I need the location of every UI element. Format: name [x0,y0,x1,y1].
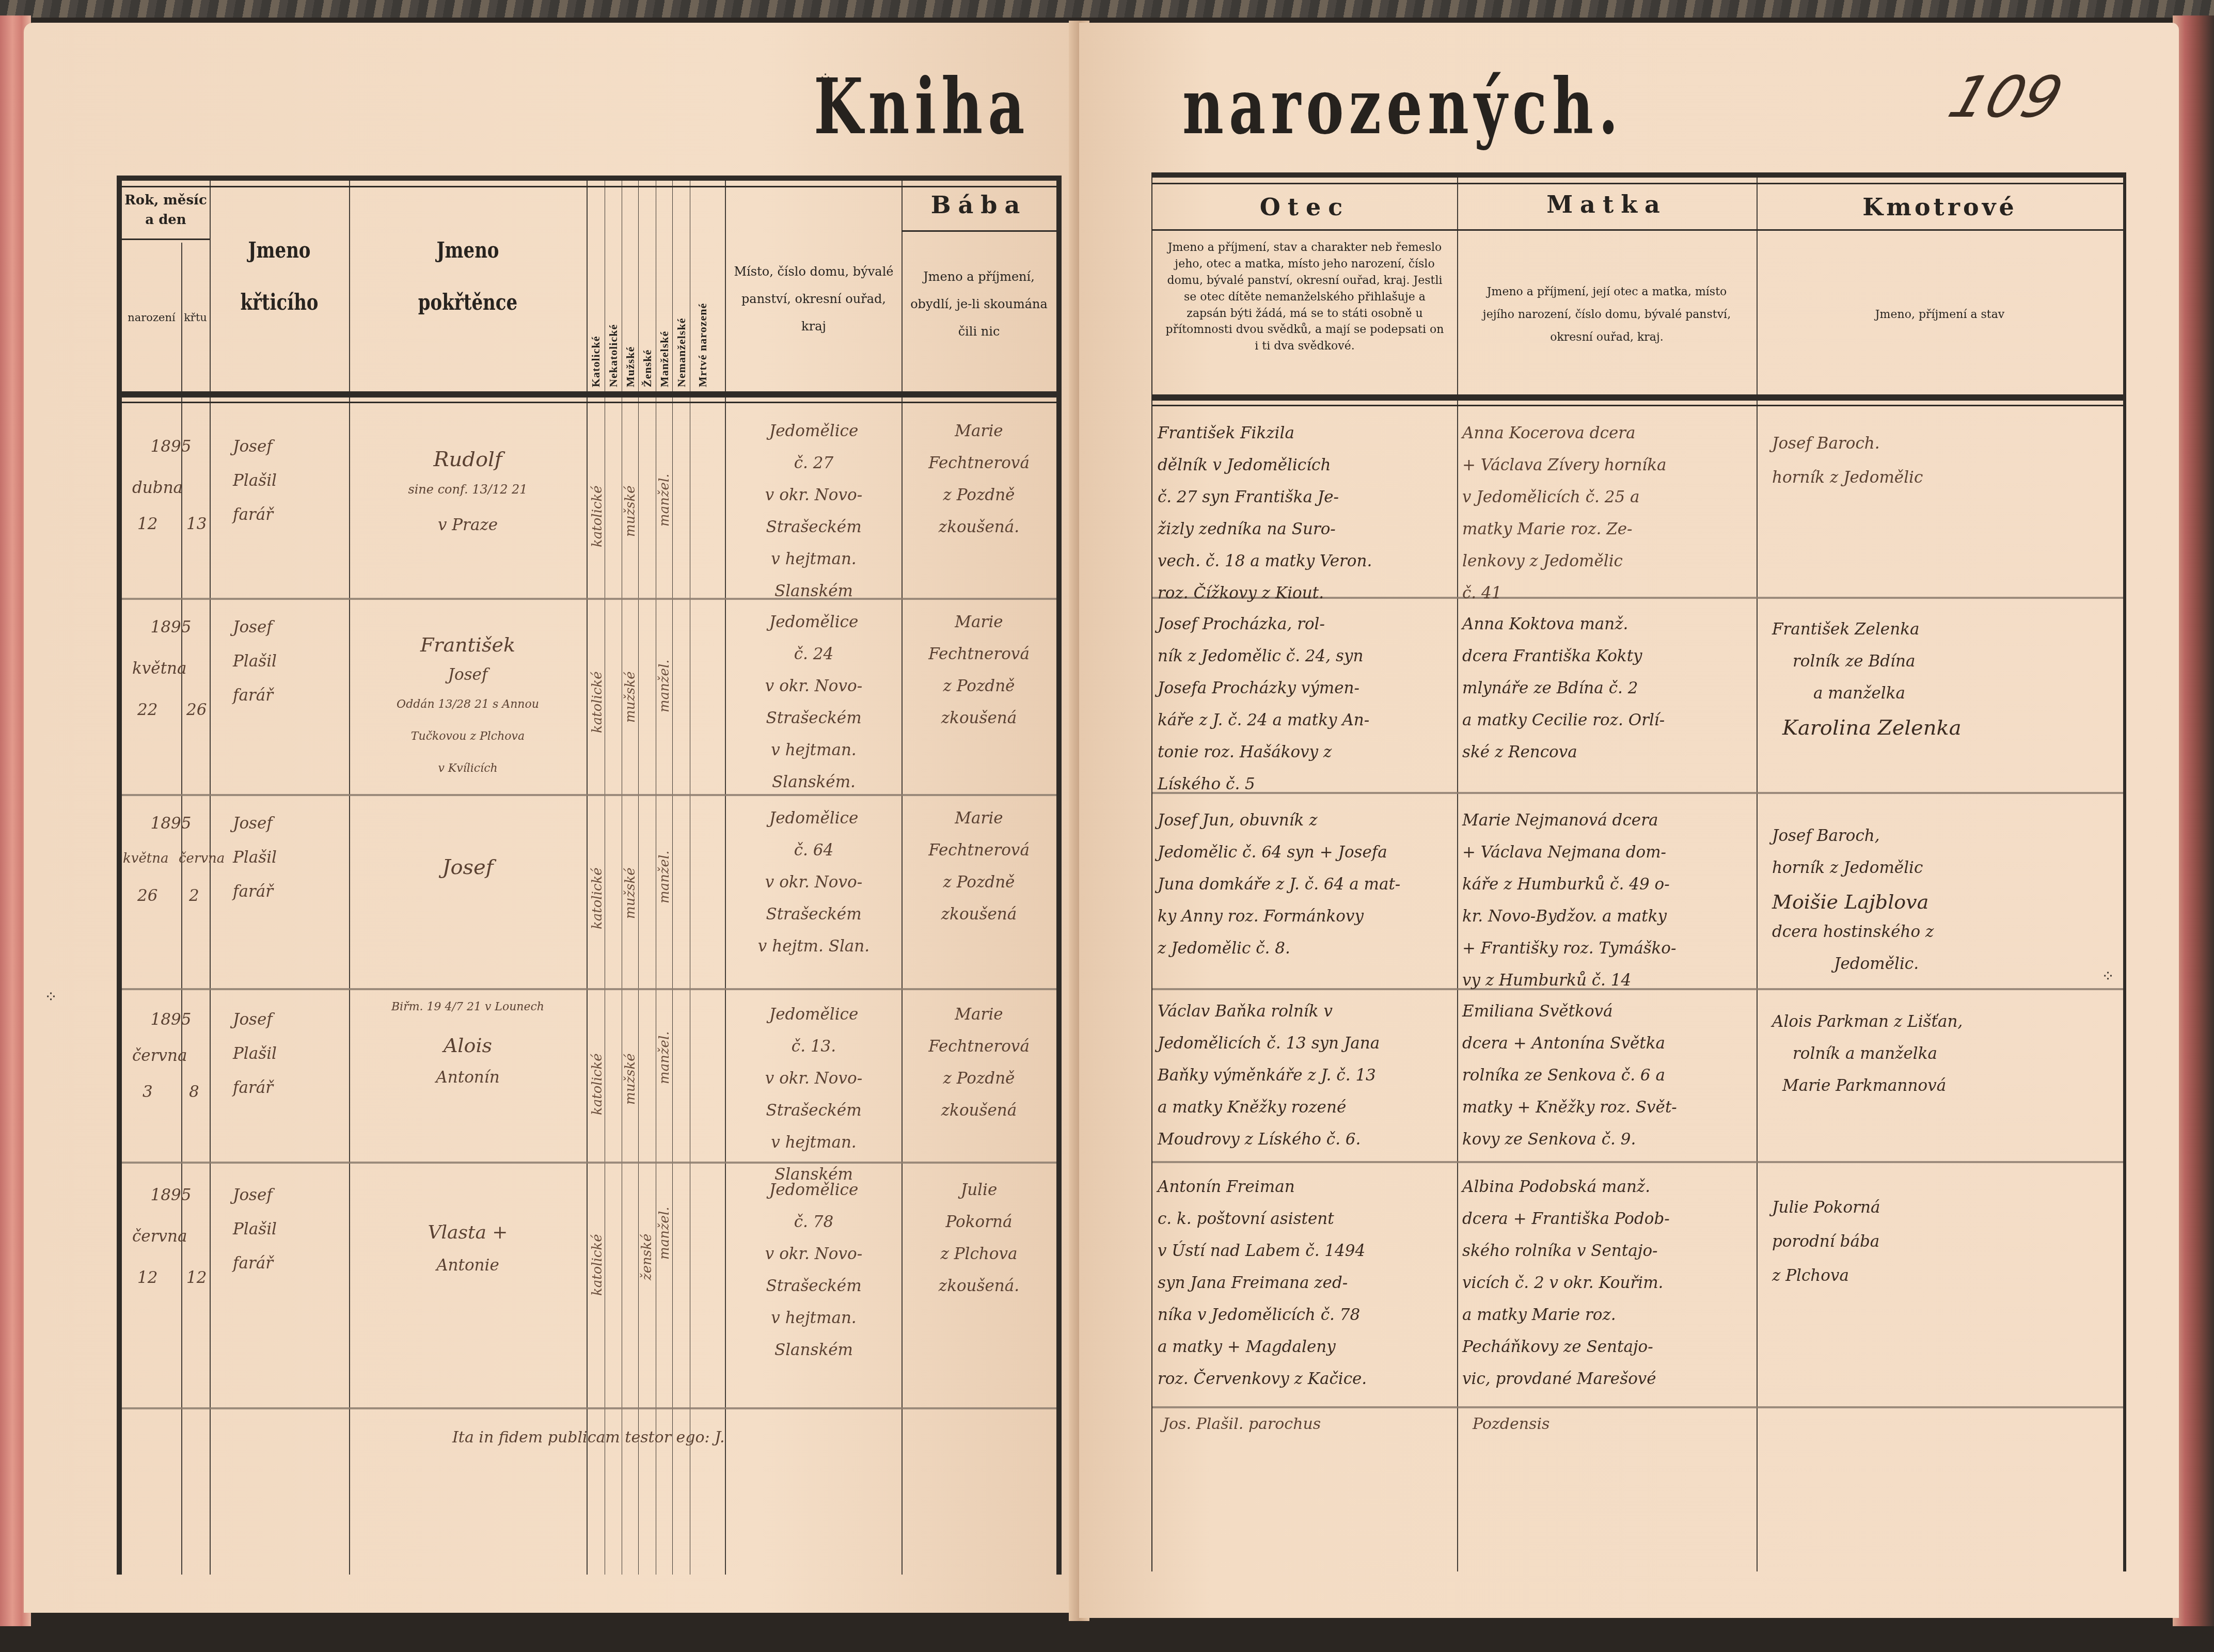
handwritten-line: Antonín Freiman [1158,1179,1367,1211]
header-rule [122,239,210,240]
entry-child-name: Vlasta +Antonie [354,1224,581,1292]
header-misto: Místo, číslo domu, bývalé panství, okres… [734,258,894,340]
handwritten-line: Jedomělicích č. 13 syn Jana [1158,1036,1380,1068]
entry-year: 1895 [132,816,210,832]
entry-child-name: Josef [354,857,581,878]
handwritten-line: Jmeno [349,234,587,267]
title-narozenych: narozených. [1182,61,1623,151]
handwritten-line: Karolina Zelenka [1772,718,1962,750]
entry-midwife: MarieFechtnerováz Pozdnězkoušená. [907,423,1051,551]
handwritten-line: Strašeckém [731,519,896,551]
entry-godparents: Alois Parkman z Lišťan,rolník a manželka… [1772,1014,1963,1110]
handwritten-line: horník z Jedomělic [1772,860,1934,892]
handwritten-line: zkoušená [907,1103,1051,1135]
handwritten-line: kr. Novo-Bydžov. a matky [1462,909,1676,941]
handwritten-line: Strašeckém [731,1278,896,1310]
header-bottom-rule [1152,394,2123,401]
handwritten-line: rolník a manželka [1772,1046,1963,1078]
entry-day-baptism: 12 [186,1270,207,1286]
header-baba-desc: Jmeno a příjmení, obydlí, je-li skoumána… [909,263,1049,345]
handwritten-line: Julie [907,1182,1051,1214]
entry-day-baptism: 13 [186,516,207,532]
entry-year: 1895 [132,1012,210,1028]
handwritten-line: č. 64 [731,843,896,875]
handwritten-line: v hejtman. [731,1135,896,1167]
header-jmeno-krticiho: Jmeno křticího [210,234,349,320]
handwritten-line: Strašeckém [731,907,896,939]
entry-mother: Albina Podobská manž.dcera + Františka P… [1462,1179,1670,1403]
handwritten-line: Marie [907,423,1051,455]
handwritten-line: Moišie Lajblova [1772,892,1934,924]
entry-separator [122,1407,1056,1409]
handwritten-line: Plašil [233,1221,277,1256]
entry-religion-mark: katolické [591,1027,604,1115]
handwritten-line: Strašeckém [731,1103,896,1135]
handwritten-line: farář [233,688,277,722]
closing-signature: Jos. Plašil. parochus [1163,1417,1321,1432]
header-muzske: Mužské [624,243,637,387]
entry-place: Jedoměliceč. 64v okr. Novo-Strašeckémv h… [731,811,896,971]
handwritten-line: níka v Jedomělicích č. 78 [1158,1307,1367,1339]
col-divider [1457,178,1458,1571]
handwritten-line: Moudrovy z Líského č. 6. [1158,1132,1380,1164]
entry-separator [1152,1406,2123,1408]
handwritten-line: ky Anny roz. Formánkovy [1158,909,1400,941]
handwritten-line: a matky Marie roz. [1462,1307,1670,1339]
entry-father: Josef Procházka, rol-ník z Jedomělic č. … [1158,616,1369,808]
page-edges-right [2173,15,2214,1626]
handwritten-line: zkoušená [907,907,1051,939]
entry-godparents: Josef Baroch.horník z Jedomělic [1772,436,1923,504]
entry-baptizer: JosefPlašilfarář [233,816,277,918]
handwritten-line: z Plchova [1772,1268,1880,1302]
handwritten-line: v Ústí nad Labem č. 1494 [1158,1243,1367,1275]
handwritten-line: z Jedomělic č. 8. [1158,941,1400,973]
col-divider [902,181,903,1575]
header-mrtve-narozene: Mrtvé narozené [696,243,709,387]
entry-separator [122,1162,1056,1164]
handwritten-line: a manželka [1772,686,1962,718]
handwritten-line: ské z Rencova [1462,744,1665,776]
handwritten-line: rolníka ze Senkova č. 6 a [1462,1068,1677,1100]
entry-baptizer: JosefPlašilfarář [233,619,277,722]
entry-separator [122,598,1056,600]
entry-child-name: FrantišekJosefOddán 13/28 21 s AnnouTučk… [354,635,581,795]
entry-sex-mark: mužské [624,1027,637,1105]
right-page: narozených. 109 ⁘ Otec Jmeno a příjmení,… [1079,23,2179,1618]
col-divider [672,181,673,1575]
handwritten-line: ského rolníka v Sentajo- [1462,1243,1670,1275]
header-rule [122,186,1056,187]
handwritten-line: Jedomělice [731,811,896,843]
entry-religion-mark: katolické [591,841,604,929]
entry-month-birth: dubna [132,480,183,496]
handwritten-line: z Pozdně [907,875,1051,907]
handwritten-line: Jedomělice [731,1007,896,1039]
entry-mother: Emiliana Světkovádcera + Antonína Světka… [1462,1004,1677,1164]
handwritten-line: Anna Koktova manž. [1462,616,1665,648]
entry-baptizer: JosefPlašilfarář [233,439,277,541]
handwritten-line: Pecháňkovy ze Sentajo- [1462,1339,1670,1371]
handwritten-line: Baňky výměnkáře z J. č. 13 [1158,1068,1380,1100]
entry-place: Jedoměliceč. 27v okr. Novo-Strašeckémv h… [731,423,896,615]
entry-midwife: MarieFechtnerováz Pozdnězkoušená [907,1007,1051,1135]
entry-midwife: JuliePokornáz Plchovazkoušená. [907,1182,1051,1310]
entry-father: Josef Jun, obuvník zJedomělic č. 64 syn … [1158,813,1400,973]
handwritten-line: + Františky roz. Tymáško- [1462,941,1676,973]
handwritten-line: zkoušená. [907,519,1051,551]
handwritten-line: vy z Humburků č. 14 [1462,973,1676,1005]
header-manzelske: Manželské [658,243,671,387]
header-rok-mesic-den: Rok, měsíc a den [122,191,210,230]
entry-separator [122,794,1056,796]
header-rule [902,230,1056,232]
entry-child-name: Biřm. 19 4/7 21 v LounechAloisAntonín [354,1002,581,1104]
entry-mother: Marie Nejmanová dcera+ Václava Nejmana d… [1462,813,1676,1005]
header-nekatolicke: Nekatolické [607,243,620,387]
handwritten-line: Fechtnerová [907,455,1051,487]
header-jmeno-pokrtence: Jmeno pokřtěnce [349,234,587,320]
handwritten-line: farář [233,1080,277,1114]
handwritten-line: Emiliana Světková [1462,1004,1677,1036]
entry-godparents: František Zelenkarolník ze Bdínaa manžel… [1772,622,1962,750]
entry-baptizer: JosefPlašilfarář [233,1187,277,1290]
handwritten-line: Biřm. 19 4/7 21 v Lounech [354,1002,581,1036]
handwritten-line: v okr. Novo- [731,487,896,519]
handwritten-line: farář [233,507,277,541]
entry-day-birth: 12 [137,1270,157,1286]
header-nemanzelske: Nemanželské [675,243,688,387]
handwritten-line: Fechtnerová [907,1039,1051,1071]
handwritten-line: Josefa Procházky výmen- [1158,680,1369,712]
handwritten-line: roz. Čížkovy z Kiout. [1158,585,1372,617]
handwritten-line: + Václava Nejmana dom- [1462,845,1676,877]
handwritten-line: Josef [233,619,277,654]
handwritten-line: horník z Jedomělic [1772,470,1923,504]
entry-place: Jedoměliceč. 78v okr. Novo-Strašeckémv h… [731,1182,896,1374]
handwritten-line: Jedomělic č. 64 syn + Josefa [1158,845,1400,877]
header-kmotrove-desc: Jmeno, příjmení a stav [1757,307,2123,323]
entry-father: Václav Baňka rolník vJedomělicích č. 13 … [1158,1004,1380,1164]
handwritten-line: č. 13. [731,1039,896,1071]
ink-specks: ⁘ [44,988,56,1006]
handwritten-line: zkoušená. [907,1278,1051,1310]
handwritten-line: v hejtman. [731,551,896,583]
handwritten-line: Slanském [731,1342,896,1374]
entry-mother: Anna Kocerova dcera+ Václava Zívery horn… [1462,425,1667,617]
handwritten-line: Josef Procházka, rol- [1158,616,1369,648]
entry-godparents: Julie Pokornáporodní bábaz Plchova [1772,1200,1880,1302]
header-rule [1152,229,2123,231]
handwritten-line: sine conf. 13/12 21 [354,483,581,517]
handwritten-line: pokřtěnce [349,287,587,320]
entry-day-birth: 26 [137,888,157,904]
entry-month-baptism: června [179,852,225,865]
col-divider [587,181,588,1575]
handwritten-line: Juna domkáře z J. č. 64 a mat- [1158,877,1400,909]
book-binding-top [0,0,2214,18]
handwritten-line: v okr. Novo- [731,1071,896,1103]
handwritten-line: syn Jana Freimana zed- [1158,1275,1367,1307]
handwritten-line: Slanském. [731,774,896,806]
handwritten-line: matky + Kněžky roz. Svět- [1462,1100,1677,1132]
handwritten-line: č. 41 [1462,585,1667,617]
handwritten-line: Alois [354,1036,581,1070]
handwritten-line: a matky Kněžky rozené [1158,1100,1380,1132]
entry-month-birth: května [132,661,187,677]
entry-godparents: Josef Baroch,horník z JedomělicMoišie La… [1772,828,1934,988]
handwritten-line: farář [233,884,277,918]
handwritten-line: Josef [233,1187,277,1221]
header-otec: Otec [1152,193,1457,221]
header-bottom-rule [122,402,1056,403]
col-divider [638,181,639,1575]
handwritten-line: Jmeno [210,234,349,267]
handwritten-line: vicích č. 2 v okr. Kouřim. [1462,1275,1670,1307]
header-narozeni: narození [122,310,181,325]
handwritten-line: Marie Nejmanová dcera [1462,813,1676,845]
entry-place: Jedoměliceč. 13.v okr. Novo-Strašeckémv … [731,1007,896,1199]
handwritten-line: č. 27 [731,455,896,487]
entry-legitimacy-mark: manžel. [658,459,671,527]
handwritten-line: Oddán 13/28 21 s Annou [354,699,581,731]
entry-day-baptism: 2 [189,888,199,904]
header-krtu: křtu [181,310,210,325]
handwritten-line: Marie [907,614,1051,646]
handwritten-line: Antonín [354,1070,581,1104]
entry-midwife: MarieFechtnerováz Pozdnězkoušená [907,811,1051,939]
entry-separator [122,988,1056,990]
header-rule [1152,183,2123,184]
handwritten-line: z Pozdně [907,678,1051,710]
col-divider [725,181,726,1575]
handwritten-line: c. k. poštovní asistent [1158,1211,1367,1243]
handwritten-line: Jedomělic. [1772,956,1934,988]
left-register-table: Rok, měsíc a den narození křtu Jmeno křt… [117,176,1062,1575]
handwritten-line: v okr. Novo- [731,1246,896,1278]
handwritten-line: vic, provdané Marešové [1462,1371,1670,1403]
handwritten-line: porodní bába [1772,1234,1880,1268]
handwritten-line: a matky + Magdaleny [1158,1339,1367,1371]
handwritten-line: Alois Parkman z Lišťan, [1772,1014,1963,1046]
handwritten-line: mlynáře ze Bdína č. 2 [1462,680,1665,712]
handwritten-line: dcera Františka Kokty [1462,648,1665,680]
handwritten-line: v okr. Novo- [731,875,896,907]
handwritten-line: František [354,635,581,667]
entry-day-birth: 12 [137,516,157,532]
handwritten-line: kovy ze Senkova č. 9. [1462,1132,1677,1164]
handwritten-line: Fechtnerová [907,843,1051,875]
handwritten-line: Marie [907,811,1051,843]
entry-baptizer: JosefPlašilfarář [233,1012,277,1114]
header-kmotrove: Kmotrové [1757,193,2123,221]
handwritten-line: z Plchova [907,1246,1051,1278]
page-number: 109 [1941,64,2071,130]
col-divider [210,181,211,1575]
header-matka-desc: Jmeno a příjmení, její otec a matka, mís… [1473,281,1741,349]
header-bottom-rule [1152,405,2123,406]
entry-legitimacy-mark: manžel. [658,1017,671,1084]
handwritten-line: dcera + Františka Podob- [1462,1211,1670,1243]
handwritten-line: + Václava Zívery horníka [1462,457,1667,489]
handwritten-line: a matky Cecilie roz. Orlí- [1462,712,1665,744]
entry-place: Jedoměliceč. 24v okr. Novo-Strašeckémv h… [731,614,896,806]
handwritten-line: ník z Jedomělic č. 24, syn [1158,648,1369,680]
handwritten-line: Plašil [233,654,277,688]
handwritten-line: v Kvílicích [354,763,581,795]
handwritten-line: vech. č. 18 a matky Veron. [1158,553,1372,585]
handwritten-line: Vlasta + [354,1224,581,1258]
handwritten-line: dcera + Antonína Světka [1462,1036,1677,1068]
entry-year: 1895 [132,1187,210,1203]
handwritten-line: Rudolf [354,449,581,483]
handwritten-line: dcera hostinského z [1772,924,1934,956]
handwritten-line: farář [233,1256,277,1290]
col-divider [1757,178,1758,1571]
header-baba: Bába [902,191,1056,219]
handwritten-line: Josef [233,1012,277,1046]
left-page: ⁘ ⁘ Kniha Rok, měsíc a den narození křtu… [24,23,1077,1613]
handwritten-line: č. 27 syn Františka Je- [1158,489,1372,521]
handwritten-line: káře z J. č. 24 a matky An- [1158,712,1369,744]
entry-legitimacy-mark: manžel. [658,645,671,712]
entry-day-birth: 22 [137,702,157,718]
handwritten-line: Jedomělice [731,614,896,646]
entry-legitimacy-mark: manžel. [658,836,671,903]
handwritten-line: zkoušená [907,710,1051,742]
handwritten-line: Líského č. 5 [1158,776,1369,808]
col-divider [690,181,690,1575]
handwritten-line: Josef Baroch, [1772,828,1934,860]
header-otec-desc: Jmeno a příjmení, stav a charakter neb ř… [1163,240,1447,355]
handwritten-line: dělník v Jedomělicích [1158,457,1372,489]
entry-child-name: Rudolfsine conf. 13/12 21v Praze [354,449,581,551]
entry-month-birth: června [132,1229,187,1245]
entry-legitimacy-mark: manžel. [658,1193,671,1260]
handwritten-line: Slanském [731,583,896,615]
entry-day-baptism: 26 [186,702,207,718]
handwritten-line: v hejtm. Slan. [731,939,896,971]
handwritten-line: Plašil [233,473,277,507]
handwritten-line: Josef [354,667,581,699]
entry-day-baptism: 8 [189,1084,199,1100]
handwritten-line: Tučkovou z Plchova [354,731,581,763]
handwritten-line: z Pozdně [907,1071,1051,1103]
title-kniha: Kniha [814,61,1030,151]
handwritten-line: Josef [233,816,277,850]
header-matka: Matka [1457,190,1757,218]
handwritten-line: káře z Humburků č. 49 o- [1462,877,1676,909]
right-register-table: Otec Jmeno a příjmení, stav a charakter … [1151,172,2126,1571]
header-bottom-rule [122,391,1056,398]
handwritten-line: Julie Pokorná [1772,1200,1880,1234]
handwritten-line: Albina Podobská manž. [1462,1179,1670,1211]
handwritten-line: Jedomělice [731,1182,896,1214]
handwritten-line: Marie [907,1007,1051,1039]
handwritten-line: Josef [233,439,277,473]
entry-sex-mark: mužské [624,459,637,537]
handwritten-line: František Zelenka [1772,622,1962,654]
handwritten-line: Strašeckém [731,710,896,742]
handwritten-line: rolník ze Bdína [1772,654,1962,686]
handwritten-line: Jedomělice [731,423,896,455]
handwritten-line: Antonie [354,1258,581,1292]
entry-religion-mark: katolické [591,1208,604,1296]
handwritten-line: Josef Baroch. [1772,436,1923,470]
header-zenske: Ženské [641,243,654,387]
handwritten-line: křticího [210,287,349,320]
entry-father: Antonín Freimanc. k. poštovní asistentv … [1158,1179,1367,1403]
handwritten-line: Josef Jun, obuvník z [1158,813,1400,845]
handwritten-line: lenkovy z Jedomělic [1462,553,1667,585]
entry-year: 1895 [132,619,210,636]
entry-sex-mark: ženské [640,1203,654,1280]
handwritten-line: v Jedomělicích č. 25 a [1462,489,1667,521]
entry-mother: Anna Koktova manž.dcera Františka Koktym… [1462,616,1665,776]
entry-father: František Fikziladělník v Jedomělicíchč.… [1158,425,1372,617]
entry-midwife: MarieFechtnerováz Pozdnězkoušená [907,614,1051,742]
handwritten-line: Pokorná [907,1214,1051,1246]
handwritten-line: v hejtman. [731,1310,896,1342]
closing-parish: Pozdensis [1473,1417,1550,1432]
handwritten-line: v okr. Novo- [731,678,896,710]
entry-month-birth: června [132,1048,187,1064]
handwritten-line: žizly zedníka na Suro- [1158,521,1372,553]
handwritten-line: č. 24 [731,646,896,678]
entry-sex-mark: mužské [624,645,637,723]
handwritten-line: Plašil [233,1046,277,1080]
entry-religion-mark: katolické [591,645,604,733]
handwritten-line: František Fikzila [1158,425,1372,457]
entry-day-birth: 3 [143,1084,153,1100]
entry-year: 1895 [132,439,210,455]
entry-religion-mark: katolické [591,459,604,547]
handwritten-line: tonie roz. Hašákovy z [1158,744,1369,776]
handwritten-line: roz. Červenkovy z Kačice. [1158,1371,1367,1403]
handwritten-line: Plašil [233,850,277,884]
entry-month-birth: května [123,852,169,865]
handwritten-line: matky Marie roz. Ze- [1462,521,1667,553]
handwritten-line: Anna Kocerova dcera [1462,425,1667,457]
handwritten-line: Václav Baňka rolník v [1158,1004,1380,1036]
entry-sex-mark: mužské [624,841,637,919]
handwritten-line: Marie Parkmannová [1772,1078,1963,1110]
handwritten-line: Fechtnerová [907,646,1051,678]
handwritten-line: v hejtman. [731,742,896,774]
closing-attestation: Ita in fidem publicam testor ego: J. [452,1430,724,1445]
col-divider [656,181,656,1575]
handwritten-line: v Praze [354,517,581,551]
col-divider [622,181,622,1575]
header-katolicke: Katolické [589,243,603,387]
handwritten-line: č. 78 [731,1214,896,1246]
col-divider [349,181,350,1575]
handwritten-line: z Pozdně [907,487,1051,519]
